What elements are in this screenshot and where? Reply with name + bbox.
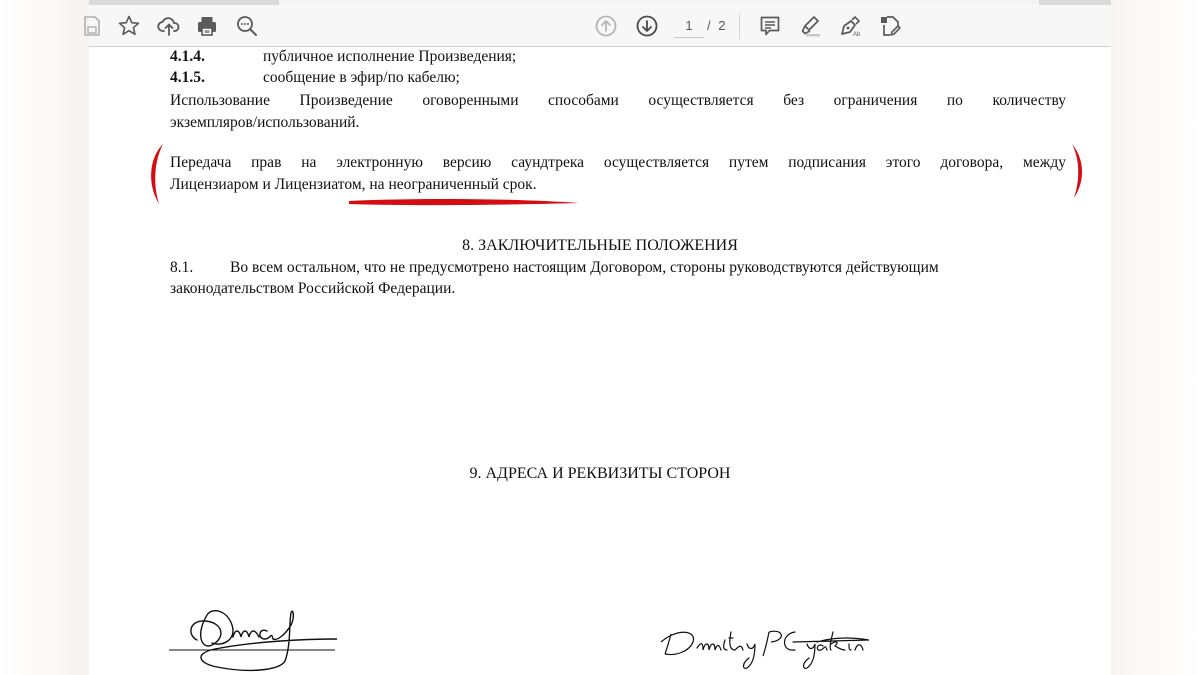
word: количеству: [992, 92, 1066, 109]
word: версию: [443, 154, 492, 171]
red-bracket-right: [1064, 140, 1094, 202]
highlighted-paragraph-line2: Лицензиаром и Лицензиатом, на неограниче…: [170, 176, 537, 194]
section-9-title: 9. АДРЕСА И РЕКВИЗИТЫ СТОРОН: [89, 465, 1111, 483]
current-page-input[interactable]: 1: [674, 15, 704, 38]
word: на: [301, 154, 316, 171]
clause-8-1-number: 8.1.: [170, 259, 193, 277]
save-button[interactable]: [77, 11, 107, 41]
red-underline: [347, 195, 581, 209]
find-button[interactable]: [232, 11, 262, 41]
clause-8-1-line1: Во всем остальном, что не предусмотрено …: [230, 259, 939, 277]
print-icon: [195, 14, 219, 38]
clause-8-1-line2: законодательством Российской Федерации.: [170, 280, 455, 298]
print-button[interactable]: [192, 11, 222, 41]
word: без: [783, 92, 804, 109]
arrow-up-circle-icon: [594, 14, 618, 38]
word: осуществляется: [604, 154, 709, 171]
word: путем: [729, 154, 769, 171]
edit-pdf-button[interactable]: [875, 11, 905, 41]
pdf-toolbar: 1 / 2 Ab: [89, 5, 1111, 47]
highlight-button[interactable]: [795, 11, 825, 41]
pdf-viewer: 1 / 2 Ab: [89, 0, 1111, 675]
comment-button[interactable]: [755, 11, 785, 41]
highlighted-paragraph-line1: Передача прав на электронную версию саун…: [170, 154, 1066, 172]
fill-sign-button[interactable]: Ab: [835, 11, 865, 41]
word: осуществляется: [648, 92, 753, 109]
highlight-pen-icon: [798, 14, 822, 38]
cloud-upload-icon: [157, 14, 181, 38]
item-text-4-1-5: сообщение в эфир/по кабелю;: [263, 69, 460, 87]
right-blurred-margin: [1111, 0, 1200, 675]
word: между: [1023, 154, 1066, 171]
fill-sign-icon: Ab: [838, 14, 862, 38]
usage-paragraph-line2: экземпляров/использований.: [170, 114, 359, 132]
svg-text:Ab: Ab: [853, 32, 861, 38]
red-bracket-left: [141, 140, 171, 208]
word: этого: [886, 154, 921, 171]
edit-document-icon: [878, 14, 902, 38]
word: Передача: [170, 154, 231, 171]
comment-icon: [758, 14, 782, 38]
search-more-icon: [235, 14, 259, 38]
signature-left: [167, 595, 337, 675]
word: Использование: [170, 92, 270, 109]
arrow-down-circle-icon: [635, 14, 659, 38]
item-number-4-1-4: 4.1.4.: [170, 48, 205, 66]
left-blurred-margin: [0, 0, 89, 675]
favorite-button[interactable]: [114, 11, 144, 41]
word: ограничения: [834, 92, 918, 109]
previous-page-button[interactable]: [591, 11, 621, 41]
word: подписания: [788, 154, 866, 171]
usage-paragraph-line1: Использование Произведение оговоренными …: [170, 92, 1066, 110]
word: способами: [548, 92, 619, 109]
word: электронную: [336, 154, 423, 171]
bookmark-star-icon: [117, 14, 141, 38]
upload-button[interactable]: [154, 11, 184, 41]
signature-right: [657, 620, 877, 675]
document-page: 4.1.4. публичное исполнение Произведения…: [89, 47, 1111, 675]
item-text-4-1-4: публичное исполнение Произведения;: [263, 48, 516, 66]
word: оговоренными: [422, 92, 518, 109]
save-icon: [80, 14, 104, 38]
next-page-button[interactable]: [632, 11, 662, 41]
item-number-4-1-5: 4.1.5.: [170, 69, 205, 87]
word: саундтрека: [511, 154, 584, 171]
word: Произведение: [300, 92, 393, 109]
section-8-title: 8. ЗАКЛЮЧИТЕЛЬНЫЕ ПОЛОЖЕНИЯ: [89, 237, 1111, 255]
word: прав: [251, 154, 281, 171]
word: договора,: [940, 154, 1003, 171]
total-pages-label: / 2: [707, 15, 727, 37]
word: по: [947, 92, 963, 109]
toolbar-divider: [739, 13, 740, 39]
